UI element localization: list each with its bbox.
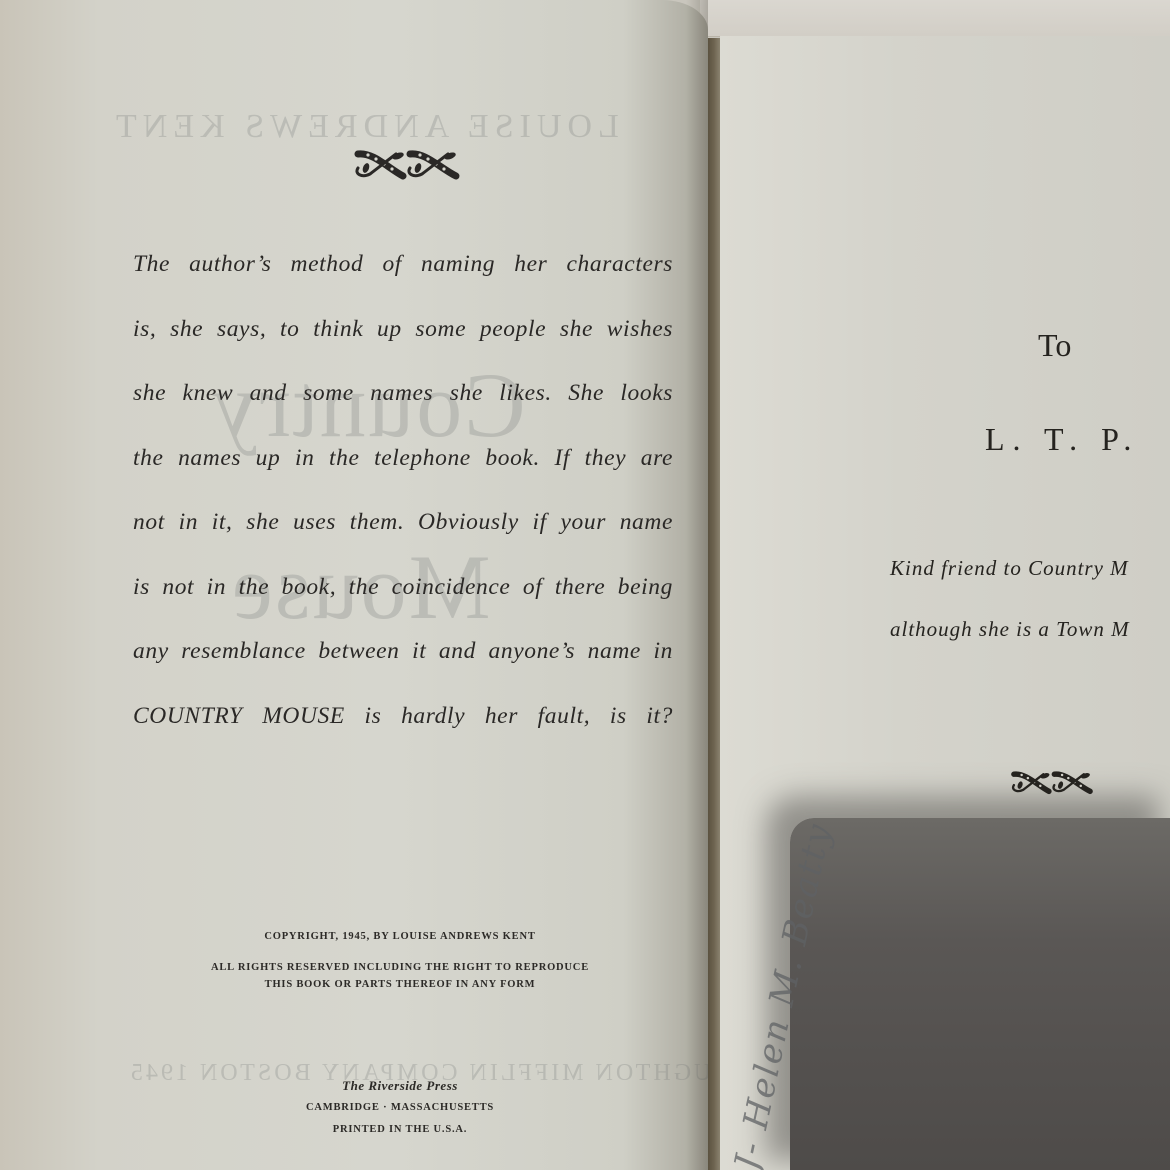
dedication-line-2: although she is a Town M: [890, 617, 1130, 642]
dedication-to: To: [1038, 327, 1071, 364]
copyright-line: COPYRIGHT, 1945, BY LOUISE ANDREWS KENT: [130, 931, 670, 942]
author-note-line: not in it, she uses them. Obviously if y…: [133, 504, 673, 569]
author-note-line: COUNTRY MOUSE is hardly her fault, is it…: [133, 698, 673, 763]
author-note-line: is, she says, to think up some people sh…: [133, 311, 673, 376]
press-name: The Riverside Press: [130, 1078, 670, 1094]
author-note-line: The author’s method of naming her charac…: [133, 246, 673, 311]
author-note-line: any resemblance between it and anyone’s …: [133, 633, 673, 698]
rights-reserved-line-2: THIS BOOK OR PARTS THEREOF IN ANY FORM: [130, 979, 670, 990]
fleuron-ornament-icon: [348, 146, 466, 182]
cast-shadow: [790, 818, 1170, 1170]
rights-reserved-line: ALL RIGHTS RESERVED INCLUDING THE RIGHT …: [130, 962, 670, 973]
fleuron-ornament-icon: [998, 768, 1106, 796]
book-gutter: [708, 38, 720, 1170]
printed-in: PRINTED IN THE U.S.A.: [130, 1124, 670, 1135]
author-note-line: the names up in the telephone book. If t…: [133, 440, 673, 505]
dedication-line-1: Kind friend to Country M: [890, 556, 1129, 581]
bleed-through-author: LOUISE ANDREWS KENT: [110, 108, 619, 146]
left-page: LOUISE ANDREWS KENT Country Mouse HOUGHT…: [0, 0, 708, 1170]
next-page-top-edge: [700, 0, 1170, 37]
press-city: CAMBRIDGE · MASSACHUSETTS: [130, 1102, 670, 1113]
author-note-line: is not in the book, the coincidence of t…: [133, 569, 673, 634]
dedication-initials: L. T. P.: [985, 421, 1139, 458]
author-note-line: she knew and some names she likes. She l…: [133, 375, 673, 440]
author-note: The author’s method of naming her charac…: [133, 246, 673, 762]
open-book-photo: LOUISE ANDREWS KENT Country Mouse HOUGHT…: [0, 0, 1170, 1170]
